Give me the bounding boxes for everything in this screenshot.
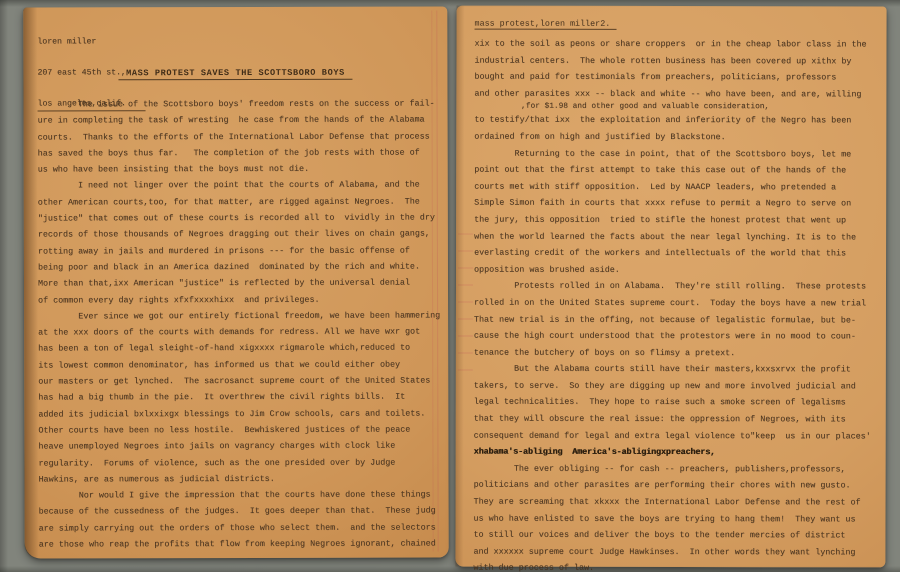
typed-line: consequent demand for legal and extra le… — [474, 427, 871, 444]
manuscript-page-2: mass protest,loren miller2. xix to the s… — [455, 6, 886, 568]
typed-line: added its judicial bxlxxixgx blessings t… — [38, 405, 440, 422]
typed-line: "justice" that comes out of these courts… — [38, 210, 440, 227]
typed-line: that they will obscure the real issue: t… — [474, 411, 871, 428]
typed-line: tenance the butchery of boys on so flims… — [474, 344, 871, 361]
typed-line: courts met with stiff opposition. Led by… — [474, 178, 871, 195]
typed-line: to testify/that ixx the exploitation and… — [474, 112, 871, 129]
typed-line: politicians and other parasites are perf… — [474, 477, 871, 494]
typed-line: I need not linger over the point that th… — [38, 177, 440, 194]
manuscript-page-1: loren miller 207 east 45th st., los ange… — [23, 6, 448, 558]
typed-line: has saved the boys thus far. The complet… — [38, 144, 440, 161]
typed-line: its lowest common denominator, has infor… — [38, 356, 440, 373]
typed-line: because of the cussedness of the judges.… — [39, 503, 441, 520]
typed-line: ure in completing the task of wresting h… — [38, 112, 440, 129]
typed-line: other American courts,too, for that matt… — [38, 193, 440, 210]
typed-line: Ever since we got our entirely fictional… — [38, 307, 440, 324]
typed-line: courts. Thanks to the efforts of the Int… — [38, 128, 440, 145]
typed-line: rolled in on the United States supreme c… — [474, 294, 871, 311]
typed-line: bought and paid for testimonials from pr… — [474, 69, 871, 86]
typed-line: us who have enlisted to save the boys ar… — [473, 510, 870, 527]
typed-line: Hawkins, are as numerous as judicial dis… — [38, 470, 440, 487]
typed-line: legal technicalities. They hope to raise… — [474, 394, 871, 411]
typed-line: Nor would I give the impression that the… — [39, 487, 441, 504]
typed-line: point out that the first attempt to take… — [474, 162, 871, 179]
typed-line: xhabama's-abliging America's-abligingxpr… — [474, 444, 871, 461]
title-row: MASS PROTEST SAVES THE SCOTTSBORO BOYS — [23, 61, 447, 80]
typed-line: are simply carrying out the orders of th… — [39, 519, 441, 536]
typed-line: The issue of the Scottsboro boys' freedo… — [38, 95, 440, 112]
typed-line: us who have been insisting that the boys… — [38, 161, 440, 178]
typed-line: Other courts have been no less hostile. … — [38, 421, 440, 438]
typed-line: xix to the soil as peons or share croppe… — [474, 36, 871, 53]
typed-line: takers, to serve. So they are digging up… — [474, 377, 871, 394]
page2-running-header: mass protest,loren miller2. — [475, 19, 617, 30]
typed-line: at the xxx doors of the courts with dema… — [38, 324, 440, 341]
typed-line: are those who reap the profits that flow… — [39, 535, 441, 552]
typed-line: Simple Simon faith in courts that xxxx r… — [474, 195, 871, 212]
typed-line: regularity. Forums of violence, such as … — [38, 454, 440, 471]
typed-line: has had a big thumb in the pie. It overt… — [38, 389, 440, 406]
typed-line: when the world learned the facts about t… — [474, 228, 871, 245]
typed-line: records of those thousands of Negroes dr… — [38, 226, 440, 243]
typed-line: Protests rolled in on Alabama. They're s… — [474, 278, 871, 295]
typed-line: The ever obliging -- for cash -- preache… — [474, 460, 871, 477]
typed-line: with due process of law. — [473, 560, 870, 572]
typed-line: They are screaming that xkxxx the Intern… — [474, 494, 871, 511]
typed-line: More than that,ixx American "justice" is… — [38, 275, 440, 292]
typed-line: cause the high court understood that the… — [474, 328, 871, 345]
typed-line: That new trial is in the offing, not bec… — [474, 311, 871, 328]
typed-line: rotting away in jails and murdered in pr… — [38, 242, 440, 259]
document-title: MASS PROTEST SAVES THE SCOTTSBORO BOYS — [118, 68, 353, 81]
typed-line: our masters or get lynched. The sacrosan… — [38, 373, 440, 390]
desk-background: loren miller 207 east 45th st., los ange… — [0, 0, 900, 572]
author-name: loren miller — [37, 37, 145, 48]
typed-line: being poor and black in an America dazin… — [38, 258, 440, 275]
typed-line: Returning to the case in point, that of … — [474, 145, 871, 162]
typed-line: heave unemployed Negroes into jails on v… — [38, 438, 440, 455]
page2-typed-text: xix to the soil as peons or share croppe… — [473, 36, 871, 572]
typed-line: industrial centers. The whole rotten bus… — [474, 52, 871, 69]
typed-line: ordained from on high and justified by B… — [474, 129, 871, 146]
typed-line: the jury, this opposition tried to stifl… — [474, 212, 871, 229]
typed-line: opposition was brushed aside. — [474, 261, 871, 278]
typed-line: has been a ton of legal sleight-of-hand … — [38, 340, 440, 357]
typed-line: and xxxxxx supreme court Judge Hawkinses… — [473, 543, 870, 560]
typed-line: of common every day rights xfxfxxxxhixx … — [38, 291, 440, 308]
typed-line: to still our voices and deliver the boys… — [473, 527, 870, 544]
typed-line: But the Alabama courts still have their … — [474, 361, 871, 378]
typed-line: everlasting credit of the workers and in… — [474, 245, 871, 262]
page1-typed-text: The issue of the Scottsboro boys' freedo… — [38, 95, 441, 552]
ledger-grid-marks — [458, 234, 473, 374]
typed-line: and other parasites xxx -- black and whi… — [474, 85, 871, 102]
